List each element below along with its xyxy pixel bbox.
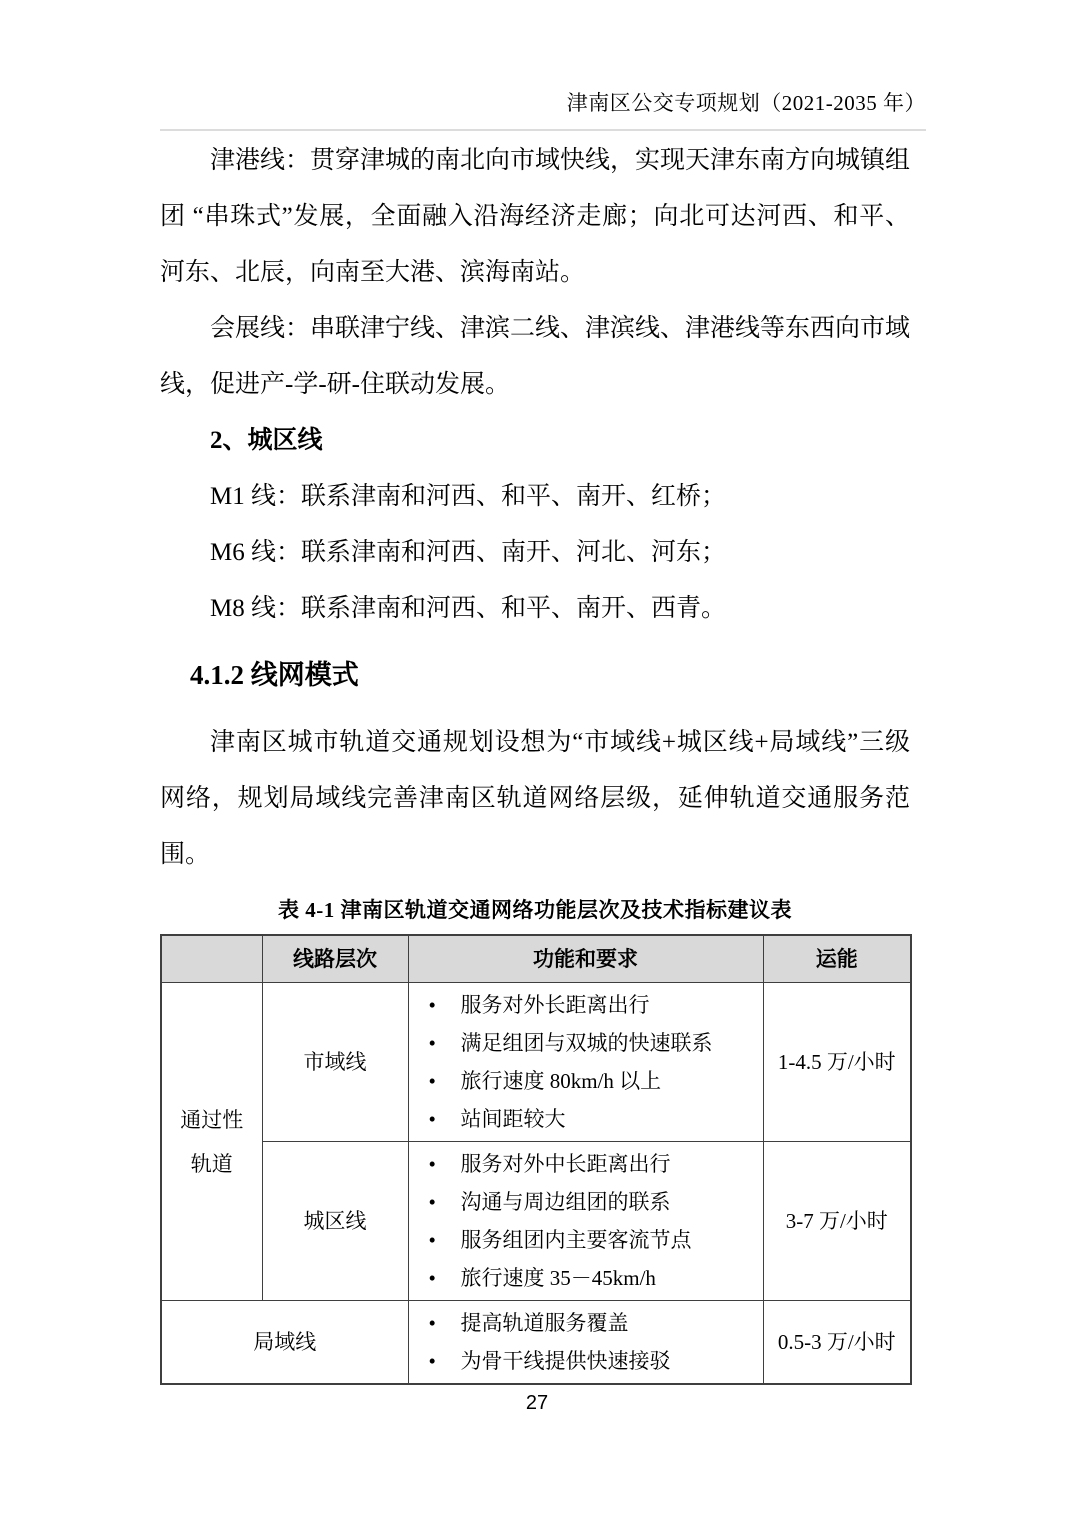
line-m6: M6 线：联系津南和河西、南开、河北、河东； [160, 525, 910, 581]
cell-group-passthrough-rail: 通过性轨道 [161, 983, 262, 1301]
cell-functions-local: 提高轨道服务覆盖 为骨干线提供快速接驳 [408, 1301, 763, 1385]
cell-capacity-local: 0.5-3 万/小时 [763, 1301, 911, 1385]
function-item: 为骨干线提供快速接驳 [409, 1342, 757, 1380]
function-item: 沟通与周边组团的联系 [409, 1183, 757, 1221]
function-item: 提高轨道服务覆盖 [409, 1304, 757, 1342]
function-item: 满足组团与双城的快速联系 [409, 1024, 757, 1062]
table-header-corner [161, 935, 262, 983]
section-heading-412: 4.1.2 线网模式 [160, 647, 910, 703]
cell-capacity-urban: 3-7 万/小时 [763, 1142, 911, 1301]
line-m8: M8 线：联系津南和河西、和平、南开、西青。 [160, 581, 910, 637]
page-number: 27 [0, 1389, 1074, 1417]
table-row-urban: 城区线 服务对外中长距离出行 沟通与周边组团的联系 服务组团内主要客流节点 旅行… [161, 1142, 911, 1301]
document-body: 津港线：贯穿津城的南北向市域快线，实现天津东南方向城镇组团 “串珠式”发展，全面… [160, 133, 910, 1385]
function-list: 服务对外长距离出行 满足组团与双城的快速联系 旅行速度 80km/h 以上 站间… [409, 986, 757, 1138]
table-header-row: 线路层次 功能和要求 运能 [161, 935, 911, 983]
paragraph-network-mode: 津南区城市轨道交通规划设想为“市域线+城区线+局域线”三级网络，规划局域线完善津… [160, 715, 910, 883]
cell-level-metro-area: 市域线 [262, 983, 408, 1142]
cell-functions-metro-area: 服务对外长距离出行 满足组团与双城的快速联系 旅行速度 80km/h 以上 站间… [408, 983, 763, 1142]
table-header-level: 线路层次 [262, 935, 408, 983]
paragraph-jingang-line: 津港线：贯穿津城的南北向市域快线，实现天津东南方向城镇组团 “串珠式”发展，全面… [160, 133, 910, 301]
table-header-capacity: 运能 [763, 935, 911, 983]
page-footer: 27 [0, 1389, 1074, 1417]
paragraph-huizhan-line: 会展线：串联津宁线、津滨二线、津滨线、津港线等东西向市域线，促进产-学-研-住联… [160, 301, 910, 413]
function-item: 服务对外长距离出行 [409, 986, 757, 1024]
cell-level-urban: 城区线 [262, 1142, 408, 1301]
function-item: 服务组团内主要客流节点 [409, 1221, 757, 1259]
rail-network-table: 线路层次 功能和要求 运能 通过性轨道 市域线 服务对外长距离出行 满足组团与双… [160, 934, 912, 1385]
running-header: 津南区公交专项规划（2021-2035 年） [160, 90, 926, 131]
function-item: 服务对外中长距离出行 [409, 1145, 757, 1183]
function-item: 旅行速度 80km/h 以上 [409, 1062, 757, 1100]
cell-functions-urban: 服务对外中长距离出行 沟通与周边组团的联系 服务组团内主要客流节点 旅行速度 3… [408, 1142, 763, 1301]
table-header-functions: 功能和要求 [408, 935, 763, 983]
function-item: 旅行速度 35－45km/h [409, 1259, 757, 1297]
running-header-title: 津南区公交专项规划（2021-2035 年） [160, 90, 926, 116]
function-item: 站间距较大 [409, 1100, 757, 1138]
heading-urban-lines: 2、城区线 [160, 413, 910, 469]
table-row-local: 局域线 提高轨道服务覆盖 为骨干线提供快速接驳 0.5-3 万/小时 [161, 1301, 911, 1385]
table-caption: 表 4-1 津南区轨道交通网络功能层次及技术指标建议表 [160, 895, 910, 925]
cell-capacity-metro-area: 1-4.5 万/小时 [763, 983, 911, 1142]
document-page: 津南区公交专项规划（2021-2035 年） 津港线：贯穿津城的南北向市域快线，… [0, 0, 1074, 1520]
function-list: 提高轨道服务覆盖 为骨干线提供快速接驳 [409, 1304, 757, 1380]
line-m1: M1 线：联系津南和河西、和平、南开、红桥； [160, 469, 910, 525]
header-rule [160, 129, 926, 131]
cell-level-local: 局域线 [161, 1301, 408, 1385]
table-row-metro-area: 通过性轨道 市域线 服务对外长距离出行 满足组团与双城的快速联系 旅行速度 80… [161, 983, 911, 1142]
function-list: 服务对外中长距离出行 沟通与周边组团的联系 服务组团内主要客流节点 旅行速度 3… [409, 1145, 757, 1297]
